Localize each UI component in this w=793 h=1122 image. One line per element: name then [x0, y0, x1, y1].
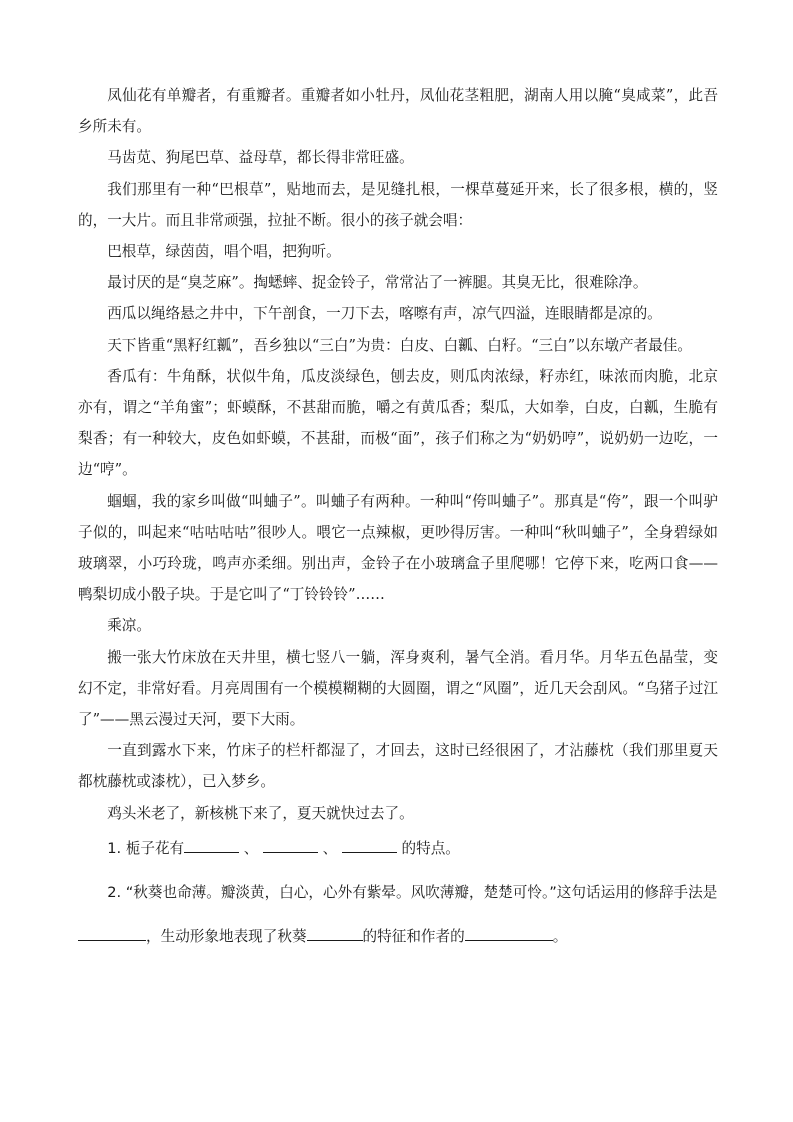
paragraph-10: 乘凉。: [78, 610, 718, 641]
paragraph-9: 蝈蝈，我的家乡叫做“叫蛐子”。叫蛐子有两种。一种叫“侉叫蛐子”。那真是“侉”，跟…: [78, 486, 718, 611]
document-page: 凤仙花有单瓣者，有重瓣者。重瓣者如小牡丹，凤仙花茎粗肥，湖南人用以腌“臭咸菜”，…: [78, 80, 718, 959]
paragraph-1: 凤仙花有单瓣者，有重瓣者。重瓣者如小牡丹，凤仙花茎粗肥，湖南人用以腌“臭咸菜”，…: [78, 80, 718, 142]
paragraph-13: 鸡头米老了，新核桃下来了，夏天就快过去了。: [78, 798, 718, 829]
paragraph-7: 天下皆重“黑籽红瓤”，吾乡独以“三白”为贵：白皮、白瓤、白籽。“三白”以东墩产者…: [78, 330, 718, 361]
question-2-mid2: 的特征和作者的: [363, 928, 465, 945]
question-2-mid1: ，生动形象地表现了秋葵: [146, 928, 307, 945]
question-1-sep2: 、: [318, 840, 342, 857]
question-1: 1. 栀子花有 、 、 的特点。: [78, 835, 718, 863]
question-1-sep1: 、: [239, 840, 263, 857]
paragraph-2: 马齿苋、狗尾巴草、益母草，都长得非常旺盛。: [78, 142, 718, 173]
question-2: 2. “秋葵也命薄。瓣淡黄，白心，心外有紫晕。风吹薄瓣，楚楚可怜。”这句话运用的…: [78, 871, 718, 959]
answer-blank-1b[interactable]: [263, 838, 318, 853]
question-2-suffix: 。: [553, 928, 568, 945]
question-1-suffix: 的特点。: [397, 840, 460, 857]
paragraph-8: 香瓜有：牛角酥，状似牛角，瓜皮淡绿色，刨去皮，则瓜肉浓绿，籽赤红，味浓而肉脆，北…: [78, 361, 718, 486]
answer-blank-1c[interactable]: [342, 838, 397, 853]
answer-blank-2a[interactable]: [78, 926, 146, 941]
answer-blank-1a[interactable]: [184, 838, 239, 853]
paragraph-5: 最讨厌的是“臭芝麻”。掏蟋蟀、捉金铃子，常常沾了一裤腿。其臭无比，很难除净。: [78, 267, 718, 298]
answer-blank-2b[interactable]: [307, 926, 363, 941]
answer-blank-2c[interactable]: [465, 926, 553, 941]
paragraph-4: 巴根草，绿茵茵，唱个唱，把狗听。: [78, 236, 718, 267]
paragraph-11: 搬一张大竹床放在天井里，横七竖八一躺，浑身爽利，暑气全消。看月华。月华五色晶莹，…: [78, 642, 718, 736]
paragraph-6: 西瓜以绳络悬之井中，下午剖食，一刀下去，喀嚓有声，凉气四溢，连眼睛都是凉的。: [78, 298, 718, 329]
question-2-prefix: 2. “秋葵也命薄。瓣淡黄，白心，心外有紫晕。风吹薄瓣，楚楚可怜。”这句话运用的…: [107, 884, 717, 901]
question-1-prefix: 1. 栀子花有: [107, 840, 184, 857]
paragraph-12: 一直到露水下来，竹床子的栏杆都湿了，才回去，这时已经很困了，才沾藤枕（我们那里夏…: [78, 735, 718, 797]
paragraph-3: 我们那里有一种“巴根草”，贴地而去，是见缝扎根，一棵草蔓延开来，长了很多根，横的…: [78, 174, 718, 236]
